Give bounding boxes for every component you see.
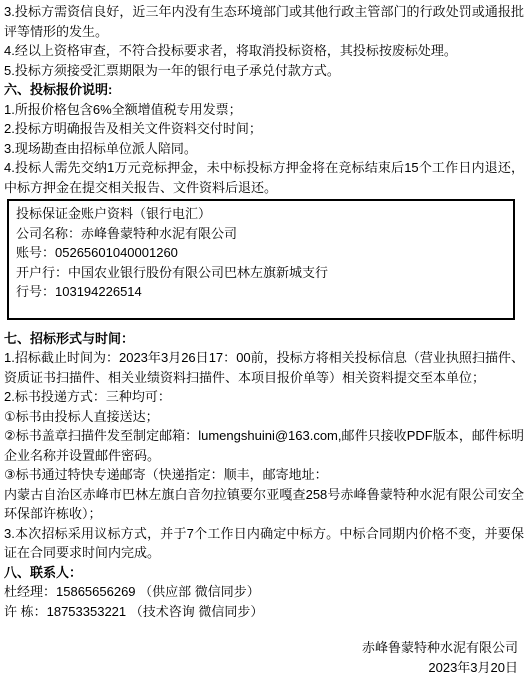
form-time-item-direct-delivery: ①标书由投标人直接送达；: [4, 407, 524, 427]
document-page: 3.投标方需资信良好，近三年内没有生态环境部门或其他行政主管部门的行政处罚或通报…: [0, 0, 530, 673]
deposit-bank-code: 行号：103194226514: [16, 282, 505, 302]
form-time-item-email-delivery: ②标书盖章扫描件发至制定邮箱：lumengshuini@163.com,邮件只接…: [4, 426, 524, 465]
section-heading-bid-quotation: 六、投标报价说明:: [4, 80, 524, 100]
signature-block: 赤峰鲁蒙特种水泥有限公司 2023年3月20日: [4, 638, 524, 673]
contact-xu-dong: 许 栋：18753353221 （技术咨询 微信同步）: [4, 602, 524, 622]
section-heading-bid-form-and-time: 七、招标形式与时间：: [4, 329, 524, 349]
form-time-item-deadline: 1.招标截止时间为：2023年3月26日17：00前，投标方将相关投标信息（营业…: [4, 348, 524, 387]
form-time-item-express-delivery: ③标书通过特快专递邮寄（快递指定：顺丰，邮寄地址：: [4, 465, 524, 485]
signature-date: 2023年3月20日: [4, 658, 518, 673]
form-time-item-award-method: 3.本次招标采用议标方式，并于7个工作日内确定中标方。中标合同期内价格不变，并要…: [4, 524, 524, 563]
form-time-item-mail-address: 内蒙古自治区赤峰市巴林左旗白音勿拉镇要尔亚嘎查258号赤峰鲁蒙特种水泥有限公司安…: [4, 485, 524, 524]
deposit-company-name: 公司名称：赤峰鲁蒙特种水泥有限公司: [16, 224, 505, 244]
preamble-item-5: 5.投标方须接受汇票期限为一年的银行电子承兑付款方式。: [4, 61, 524, 81]
quotation-item-4: 4.投标人需先交纳1万元竞标押金，未中标投标方押金将在竞标结束后15个工作日内退…: [4, 158, 524, 197]
preamble-item-4: 4.经以上资格审查，不符合投标要求者，将取消投标资格，其投标按废标处理。: [4, 41, 524, 61]
quotation-item-3: 3.现场勘查由招标单位派人陪同。: [4, 139, 524, 159]
deposit-account-number: 账号：05265601040001260: [16, 243, 505, 263]
signature-company-name: 赤峰鲁蒙特种水泥有限公司: [4, 638, 518, 658]
deposit-box-title: 投标保证金账户资料（银行电汇）: [16, 204, 505, 224]
preamble-item-3: 3.投标方需资信良好，近三年内没有生态环境部门或其他行政主管部门的行政处罚或通报…: [4, 2, 524, 41]
section-heading-contacts: 八、联系人：: [4, 563, 524, 583]
section-bid-form-and-time: 七、招标形式与时间： 1.招标截止时间为：2023年3月26日17：00前，投标…: [4, 329, 524, 563]
quotation-item-2: 2.投标方明确报告及相关文件资料交付时间；: [4, 119, 524, 139]
deposit-account-box: 投标保证金账户资料（银行电汇） 公司名称：赤峰鲁蒙特种水泥有限公司 账号：052…: [7, 199, 515, 320]
section-bid-quotation: 六、投标报价说明: 1.所报价格包含6%全额增值税专用发票； 2.投标方明确报告…: [4, 80, 524, 197]
contact-manager-du: 杜经理：15865656269 （供应部 微信同步）: [4, 582, 524, 602]
form-time-item-delivery-methods: 2.标书投递方式：三种均可：: [4, 387, 524, 407]
section-contacts: 八、联系人： 杜经理：15865656269 （供应部 微信同步） 许 栋：18…: [4, 563, 524, 622]
quotation-item-1: 1.所报价格包含6%全额增值税专用发票；: [4, 100, 524, 120]
deposit-bank-name: 开户行：中国农业银行股份有限公司巴林左旗新城支行: [16, 263, 505, 283]
